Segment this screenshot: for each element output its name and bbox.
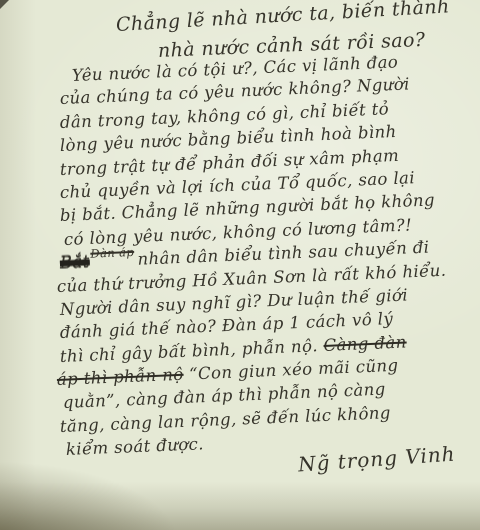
crossed-out-text: áp thì phẫn nộ [57,365,184,389]
letter-body: Yêu nước là có tội ư?, Các vị lãnh đạocủ… [0,66,480,464]
handwriting-segment: kiểm soát được. [66,434,205,459]
inserted-text: Đàn áp [90,245,134,261]
letter-photo: Chẳng lẽ nhà nước ta, biến thành nhà nướ… [0,0,480,530]
crossed-out-text: Bắt [60,252,91,272]
crossed-out-text: Càng đàn [323,332,407,354]
